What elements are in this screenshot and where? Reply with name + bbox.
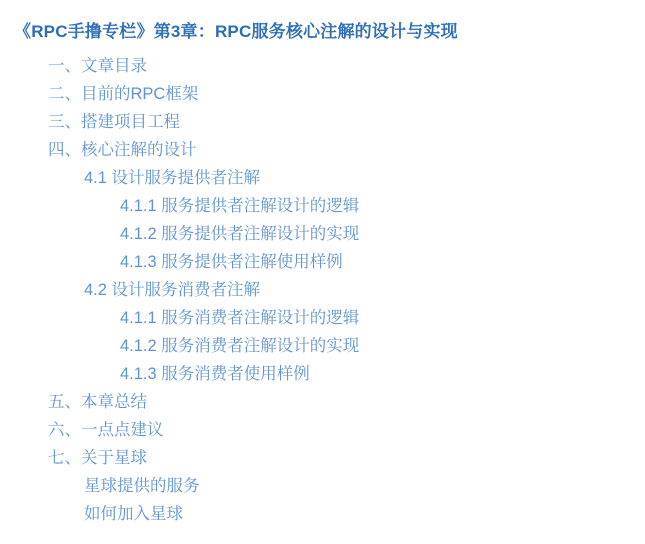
toc-item[interactable]: 4.1.3 服务提供者注解使用样例 [14,248,645,276]
toc-item[interactable]: 4.1.1 服务提供者注解设计的逻辑 [14,192,645,220]
toc-item[interactable]: 4.1 设计服务提供者注解 [14,164,645,192]
table-of-contents: 一、文章目录 二、目前的RPC框架 三、搭建项目工程 四、核心注解的设计 4.1… [14,52,645,528]
toc-item[interactable]: 一、文章目录 [14,52,645,80]
article-title: 《RPC手撸专栏》第3章：RPC服务核心注解的设计与实现 [14,20,645,44]
toc-item[interactable]: 4.1.1 服务消费者注解设计的逻辑 [14,304,645,332]
article-page: 《RPC手撸专栏》第3章：RPC服务核心注解的设计与实现 一、文章目录 二、目前… [0,0,645,544]
toc-item[interactable]: 二、目前的RPC框架 [14,80,645,108]
toc-item[interactable]: 4.1.2 服务消费者注解设计的实现 [14,332,645,360]
toc-item[interactable]: 三、搭建项目工程 [14,108,645,136]
toc-item[interactable]: 四、核心注解的设计 [14,136,645,164]
toc-item[interactable]: 七、关于星球 [14,444,645,472]
toc-item[interactable]: 五、本章总结 [14,388,645,416]
toc-item[interactable]: 六、一点点建议 [14,416,645,444]
toc-item[interactable]: 星球提供的服务 [14,472,645,500]
toc-item[interactable]: 4.2 设计服务消费者注解 [14,276,645,304]
toc-item[interactable]: 4.1.2 服务提供者注解设计的实现 [14,220,645,248]
toc-item[interactable]: 如何加入星球 [14,500,645,528]
toc-item[interactable]: 4.1.3 服务消费者使用样例 [14,360,645,388]
